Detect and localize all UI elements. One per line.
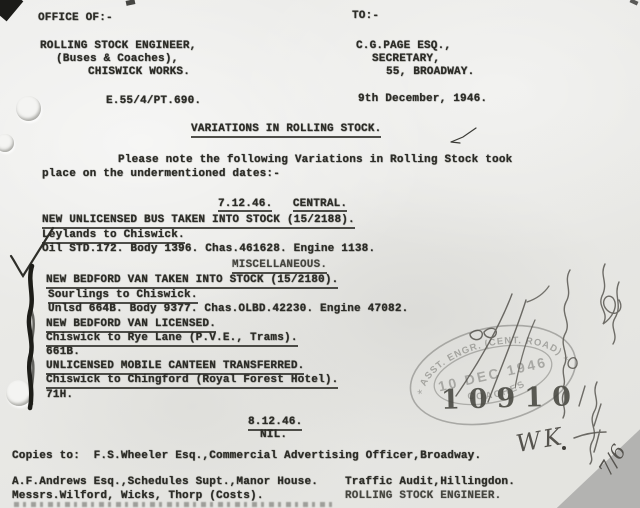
intro-line-2: place on the undermentioned dates:- (42, 168, 280, 181)
entry2-subheading: Sourlings to Chiswick. (48, 289, 198, 304)
entry1-heading: NEW UNLICENSED BUS TAKEN INTO STOCK (15/… (42, 214, 355, 229)
sender-dept: (Buses & Coaches), (56, 53, 178, 66)
entry2-detail: Unlsd 664B. Body 9377. Chas.OLBD.42230. … (48, 303, 408, 316)
region-central: CENTRAL. (293, 198, 347, 212)
page-title: VARIATIONS IN ROLLING STOCK. (191, 123, 381, 138)
punch-hole-top (16, 96, 41, 121)
stamp-star-left: * (415, 387, 426, 403)
date-7-12-46: 7.12.46. (218, 198, 272, 212)
recipient-address: 55, BROADWAY. (386, 66, 474, 79)
entry1-subheading: Leylands to Chiswick. (42, 229, 185, 244)
nil-result: NIL. (260, 429, 287, 442)
cut-off-line (14, 502, 332, 507)
entry3-heading: NEW BEDFORD VAN LICENSED. (46, 318, 216, 333)
recipient-title: SECRETARY, (372, 53, 440, 66)
copies-line-2-left: A.F.Andrews Esq.,Schedules Supt.,Manor H… (12, 476, 318, 489)
copies-line-3-right: ROLLING STOCK ENGINEER. (345, 490, 501, 503)
office-of-label: OFFICE OF:- (38, 12, 113, 25)
to-label: TO:- (352, 10, 379, 23)
entry3-subheading: Chiswick to Rye Lane (P.V.E., Trams). (46, 332, 298, 347)
recipient-name: C.G.PAGE ESQ., (356, 40, 451, 53)
pencil-dot (562, 446, 566, 450)
entry4-subheading: Chiswick to Chingford (Royal Forest Hote… (46, 374, 338, 389)
margin-scribble-bar (22, 262, 40, 412)
entry3-detail: 661B. (46, 346, 80, 359)
scanned-memo-page: { "document": { "office_label": "OFFICE … (0, 0, 640, 508)
pencil-dash-note (570, 428, 610, 454)
intro-line-1: Please note the following Variations in … (118, 154, 512, 167)
entry4-heading: UNLICENSED MOBILE CANTEEN TRANSFERRED. (46, 360, 304, 375)
section-date-central: 7.12.46. CENTRAL. (218, 198, 347, 211)
sender-name: ROLLING STOCK ENGINEER, (40, 40, 196, 53)
copies-line-1: Copies to: F.S.Wheeler Esq.,Commercial A… (12, 450, 481, 463)
entry2-heading: NEW BEDFORD VAN TAKEN INTO STOCK (15/218… (46, 274, 338, 289)
pen-tick-mark (448, 126, 480, 148)
spacer (272, 198, 292, 210)
entry1-detail: Oil STD.172. Body 1396. Chas.461628. Eng… (42, 243, 375, 256)
copies-line-2-right: Traffic Audit,Hillingdon. (345, 476, 515, 489)
entry4-detail: 71H. (46, 389, 73, 402)
sender-location: CHISWICK WORKS. (88, 66, 190, 79)
misc-heading: MISCELLANEOUS. (232, 259, 327, 274)
document-date: 9th December, 1946. (358, 93, 487, 106)
reference-number: E.55/4/PT.690. (106, 95, 201, 108)
pencil-strokes-over-stamp (430, 292, 540, 412)
